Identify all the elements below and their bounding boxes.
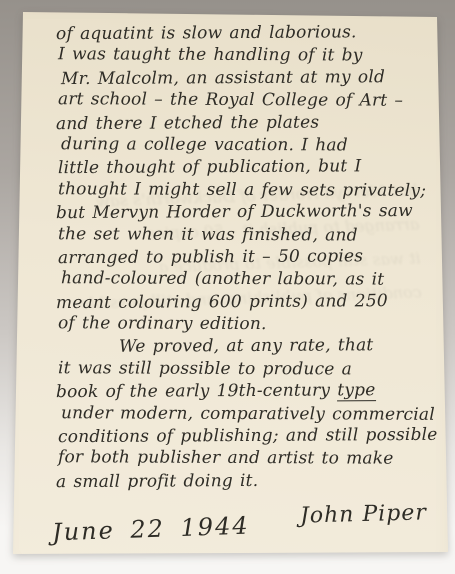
photo-backdrop: but Mervyn Horder of Duckworth's sawarra… [0, 0, 455, 574]
letter-line: thought I might sell a few sets privatel… [58, 178, 430, 202]
letter-line: hand-coloured (another labour, as it [61, 267, 430, 291]
letter-line: arranged to publish it – 50 copies [58, 245, 430, 270]
underlined-word: type [337, 380, 375, 401]
letter-date: June 22 1944 [52, 512, 250, 547]
letter-line: under modern, comparatively commercial [61, 402, 430, 426]
letter-line: but Mervyn Horder of Duckworth's saw [56, 200, 430, 225]
letter-line: conditions of publishing; and still poss… [58, 424, 430, 449]
letter-line: We proved, at any rate, that [61, 334, 430, 359]
letter-signature: John Piper [300, 500, 427, 528]
letter-line: for both publisher and artist to make [58, 447, 430, 471]
letter-paper: but Mervyn Horder of Duckworth's sawarra… [0, 0, 455, 574]
letter-line: of aquatint is slow and laborious. [56, 21, 430, 46]
letter-line: a small profit doing it. [56, 469, 430, 494]
letter-paper-shadow: but Mervyn Horder of Duckworth's sawarra… [0, 0, 455, 574]
letter-line: book of the early 19th-century type [56, 379, 430, 404]
letter-line: Mr. Malcolm, an assistant at my old [61, 66, 430, 91]
letter-line: I was taught the handling of it by [58, 44, 430, 68]
letter-line: meant colouring 600 prints) and 250 [56, 290, 430, 315]
letter-line: the set when it was finished, and [58, 223, 430, 247]
letter-line: during a college vacation. I had [61, 133, 430, 157]
letter-line: of the ordinary edition. [58, 312, 430, 336]
letter-line: it was still possible to produce a [58, 357, 430, 381]
letter-line: art school – the Royal College of Art – [58, 88, 430, 112]
letter-line: little thought of publication, but I [58, 155, 430, 180]
letter-body: of aquatint is slow and laborious.I was … [58, 22, 430, 492]
letter-line: and there I etched the plates [56, 110, 430, 135]
